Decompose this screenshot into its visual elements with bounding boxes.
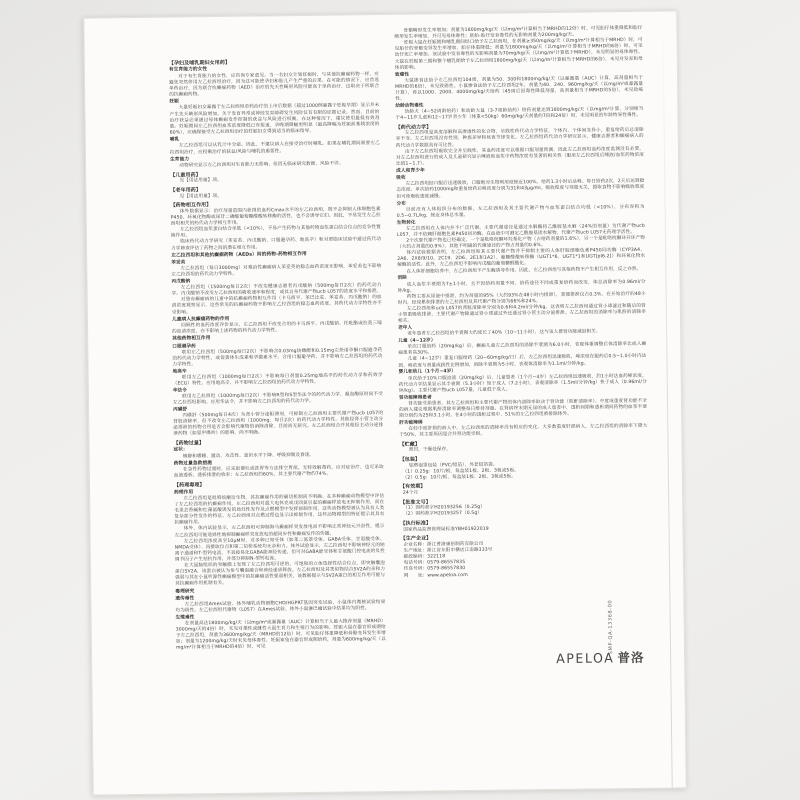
paragraph: 丙磺舒（500mg每日4次）为肾小管分泌阻滞剂，可抑制左乙拉西坦主要代谢产物uc… xyxy=(173,411,383,438)
paragraph: （2）国药准字H20193257（0.5g） xyxy=(400,509,648,518)
apeloa-logo-latin: APELOA xyxy=(556,649,614,665)
paragraph: 左乙拉西坦和ucb L057的肾脏清除率分别为0.6和4.2ml/分钟/kg。这… xyxy=(398,304,646,325)
paragraph: 在大鼠脑组织的突触膜上发现了左乙拉西坦可逆的、可饱和的立体选择性结合位点，即突触… xyxy=(175,561,385,588)
paragraph: 大量妊娠妇女暴露于左乙拉西坦单药治疗的上市后数据（超过1000例暴露于妊娠早期）… xyxy=(169,103,379,136)
paragraph: 左乙拉西坦Ames试验、体外哺乳动物细胞CHO/HGPRT基因突变试验、小鼠体内… xyxy=(175,600,385,615)
photo-background: 【孕妇及哺乳期妇女用药】有生育能力的女性对于有生育能力的女性，应咨询专家意见。当… xyxy=(0,0,800,800)
paragraph: 左乙拉西坦浓度高至10μM时，对多种已知受体（如苯二氮䓬受体、GABA受体、甘氨… xyxy=(175,537,385,564)
paragraph: 在急性药物过量时，应采取催吐或洗胃等方法排空胃部。无特效解毒药，应对症治疗，也可… xyxy=(174,465,384,480)
package-insert-sheet: 【孕妇及哺乳期妇女用药】有生育能力的女性对于有生育能力的女性，应咨询专家意见。当… xyxy=(83,10,686,795)
paragraph: 临床药代动力学研究（苯妥英、丙戊酸钠、口服避孕药、地高辛）和对照临床试验中通过药… xyxy=(171,237,381,252)
paragraph: 动物研究显示左乙拉西坦对生育能力无影响。但因无临床研究数据，风险不详。 xyxy=(170,161,380,170)
paragraph: 左乙拉西坦是吡咯烷酮衍生物，其抗癫痫作用的确切机制尚不明确。在多种癫痫动物模型中… xyxy=(174,494,384,527)
insert-left-column: 【孕妇及哺乳期妇女用药】有生育能力的女性对于有生育能力的女性，应咨询专家意见。当… xyxy=(169,55,386,652)
paragraph: 幼龄犬（4~52周龄给药）和幼龄大鼠（3-7周龄给药）给药剂量达到1800mg/… xyxy=(395,107,643,122)
apeloa-logo-chinese: 普洛 xyxy=(617,648,644,666)
brand-logo: APELOA 普洛 xyxy=(556,648,645,667)
paragraph: 由于左乙拉西坦吸收完全并呈线性，其血药浓度可以根据口服剂量预测，因此左乙拉西坦血… xyxy=(396,147,644,168)
paragraph: 在剂量高达1800mg/kg/天（以mg/m²或暴露量（AUC）计算相当于人最大… xyxy=(176,619,386,652)
paragraph: 对于有生育能力的女性，应咨询专家意见。当一名妇女计划妊娠时，与其他抗癫痫药物一样… xyxy=(169,72,379,99)
insert-right-column: 骨骼畸形发生率增加；剂量为1800mg/kg/天（以mg/m²计算相当于MRHD… xyxy=(394,26,649,580)
paragraph: 回顾性的血药浓度评价显示，左乙拉西坦不改变合用的卡马西平、丙戊酸钠、托吡酯或拉莫… xyxy=(172,321,382,336)
paragraph: 对患有癫痫病的儿童中的抗癫痫药物相互作用（卡马西平、苯巴比妥、苯妥英、丙戊酸钠）… xyxy=(172,295,382,316)
paragraph: 单次给予10%口服溶液（20mg/kg）后，儿童患者（1个月~4岁）左乙拉西坦迅… xyxy=(399,373,647,394)
document-control-code: SMP-QA-13368-00 xyxy=(607,600,614,655)
paragraph: 见【用法用量】项。 xyxy=(170,176,380,185)
paragraph: 联用左乙拉西坦（500mg每日2次）不影响含0.03mg炔雌醇和0.15mg左炔… xyxy=(172,348,382,369)
paragraph: 大鼠掺食法给予左乙拉西坦104周，剂量为50、300和1800mg/kg/天（以… xyxy=(395,75,643,102)
paragraph: 左乙拉西坦可以从乳汁中分泌。因此，不建议病人在接受治疗时哺乳。如果在哺乳期间需要… xyxy=(170,141,380,156)
paragraph: 见【用法用量】项。 xyxy=(170,192,380,201)
paragraph: 左乙拉西坦经口服后迅速吸收，口服绝对生物利用度接近100%。给药1.3小时后达峰… xyxy=(396,179,644,200)
paragraph: 密封，干燥处保存。 xyxy=(400,445,648,454)
paragraph: 在轻中度肝损的病人中，左乙拉西坦的清除率没有相应的变化。大多数重度肝损病人，左乙… xyxy=(399,424,647,439)
paragraph: 妊娠大鼠在妊娠期和哺乳期间经口给予左乙拉西坦，在剂量≥350mg/kg/天（以m… xyxy=(395,38,643,72)
paragraph: 肾功能受损患者，其左乙拉西坦和主要代谢产物的体内清除率取决于肾功能（肌酐清除率）… xyxy=(399,399,647,420)
paper-fold-line xyxy=(662,12,672,788)
